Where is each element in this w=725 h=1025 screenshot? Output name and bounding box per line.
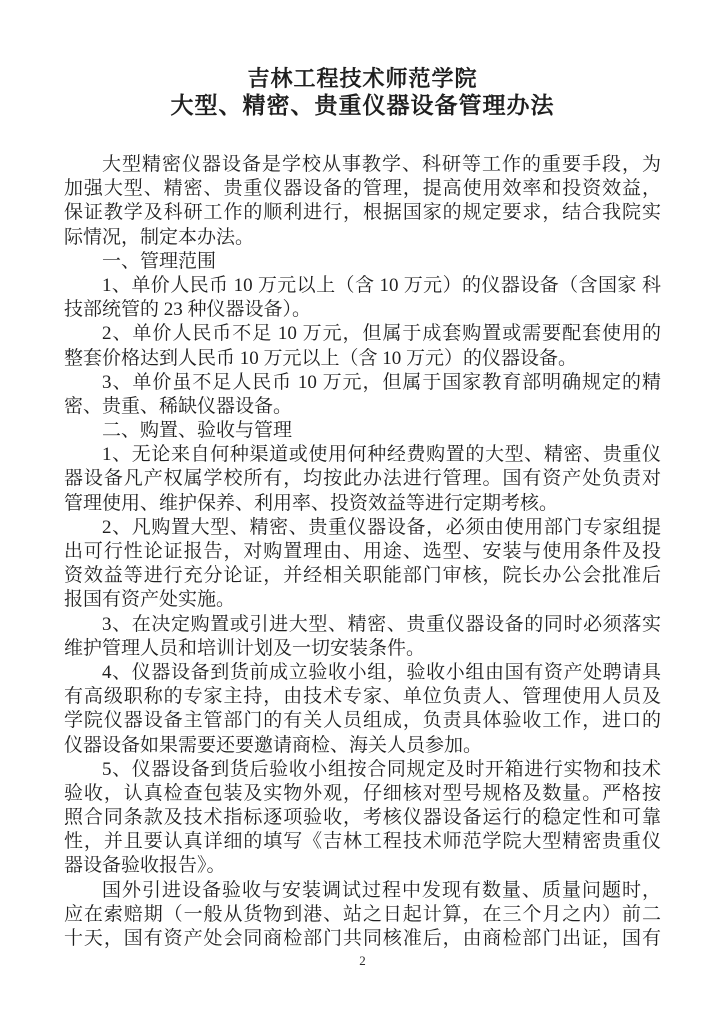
text-line: 4、仪器设备到货前成立验收小组，验收小组由国有资产处聘请具	[64, 661, 661, 685]
text-line: 保证教学及科研工作的顺利进行，根据国家的规定要求，结合我院实	[64, 201, 661, 225]
text-line: 十天，国有资产处会同商检部门共同核准后，由商检部门出证，国有	[64, 927, 661, 951]
text-line: 际情况，制定本办法。	[64, 226, 661, 250]
text-line: 2、单价人民币不足 10 万元，但属于成套购置或需要配套使用的	[64, 322, 661, 346]
text-line: 国外引进设备验收与安装调试过程中发现有数量、质量问题时，	[64, 879, 661, 903]
text-line: 2、凡购置大型、精密、贵重仪器设备，必须由使用部门专家组提	[64, 516, 661, 540]
document-subtitle: 大型、精密、贵重仪器设备管理办法	[64, 92, 661, 120]
text-line: 5、仪器设备到货后验收小组按合同规定及时开箱进行实物和技术	[64, 758, 661, 782]
text-line: 3、在决定购置或引进大型、精密、贵重仪器设备的同时必须落实	[64, 613, 661, 637]
document-page: 吉林工程技术师范学院 大型、精密、贵重仪器设备管理办法 大型精密仪器设备是学校从…	[0, 0, 725, 1025]
text-line: 学院仪器设备主管部门的有关人员组成，负责具体验收工作，进口的	[64, 709, 661, 733]
text-line: 应在索赔期（一般从货物到港、站之日起计算，在三个月之内）前二	[64, 903, 661, 927]
text-line: 3、单价虽不足人民币 10 万元，但属于国家教育部明确规定的精	[64, 371, 661, 395]
text-line: 资效益等进行充分论证，并经相关职能部门审核，院长办公会批准后	[64, 564, 661, 588]
text-line: 有高级职称的专家主持，由技术专家、单位负责人、管理使用人员及	[64, 685, 661, 709]
text-line: 二、购置、验收与管理	[64, 419, 661, 443]
text-line: 1、单价人民币 10 万元以上（含 10 万元）的仪器设备（含国家 科	[64, 274, 661, 298]
text-line: 性，并且要认真详细的填写《吉林工程技术师范学院大型精密贵重仪	[64, 830, 661, 854]
text-line: 1、无论来自何种渠道或使用何种经费购置的大型、精密、贵重仪	[64, 443, 661, 467]
text-line: 器设备凡产权属学校所有，均按此办法进行管理。国有资产处负责对	[64, 467, 661, 491]
text-line: 出可行性论证报告，对购置理由、用途、选型、安装与使用条件及投	[64, 540, 661, 564]
text-line: 一、管理范围	[64, 250, 661, 274]
text-line: 管理使用、维护保养、利用率、投资效益等进行定期考核。	[64, 492, 661, 516]
text-line: 加强大型、精密、贵重仪器设备的管理，提高使用效率和投资效益，	[64, 177, 661, 201]
document-body: 大型精密仪器设备是学校从事教学、科研等工作的重要手段，为加强大型、精密、贵重仪器…	[64, 153, 661, 951]
document-title: 吉林工程技术师范学院	[64, 66, 661, 92]
text-line: 密、贵重、稀缺仪器设备。	[64, 395, 661, 419]
text-line: 器设备验收报告》。	[64, 854, 661, 878]
text-line: 技部统管的 23 种仪器设备）。	[64, 298, 661, 322]
page-number: 2	[64, 953, 661, 969]
text-line: 仪器设备如果需要还要邀请商检、海关人员参加。	[64, 734, 661, 758]
text-line: 报国有资产处实施。	[64, 588, 661, 612]
text-line: 整套价格达到人民币 10 万元以上（含 10 万元）的仪器设备。	[64, 347, 661, 371]
text-line: 照合同条款及技术指标逐项验收，考核仪器设备运行的稳定性和可靠	[64, 806, 661, 830]
text-line: 验收，认真检查包装及实物外观，仔细核对型号规格及数量。严格按	[64, 782, 661, 806]
text-line: 维护管理人员和培训计划及一切安装条件。	[64, 637, 661, 661]
text-line: 大型精密仪器设备是学校从事教学、科研等工作的重要手段，为	[64, 153, 661, 177]
